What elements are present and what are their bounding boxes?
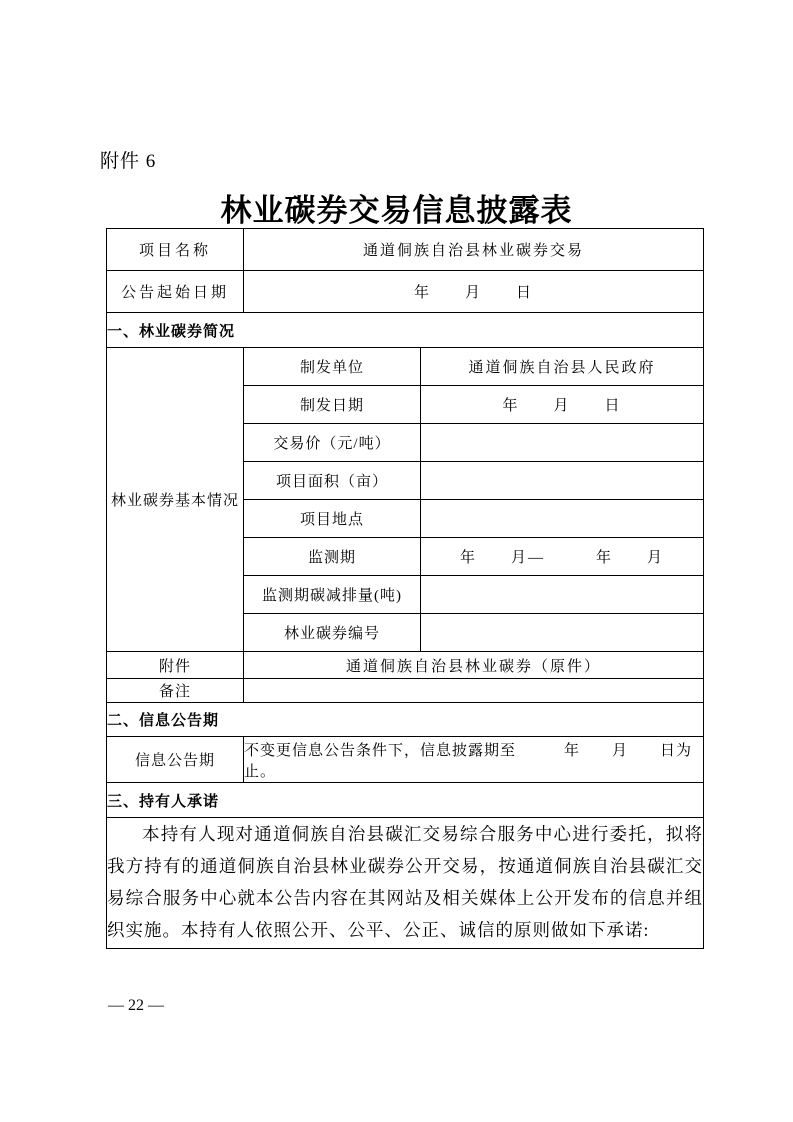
- page-title: 林业碳券交易信息披露表: [0, 185, 793, 230]
- section-3-header: 三、持有人承诺: [107, 783, 704, 818]
- project-name-label: 项目名称: [107, 229, 244, 271]
- emission-reduction-label: 监测期碳减排量(吨): [244, 576, 421, 614]
- attachment-label: 附件 6: [100, 146, 156, 173]
- row-commitment: 本持有人现对通道侗族自治县碳汇交易综合服务中心进行委托，拟将我方持有的通道侗族自…: [107, 818, 704, 949]
- info-announce-period-label: 信息公告期: [107, 737, 244, 783]
- issuing-unit-value: 通道侗族自治县人民政府: [421, 348, 704, 386]
- info-announce-period-value: 不变更信息公告条件下，信息披露期至 年 月 日为止。: [244, 737, 704, 783]
- project-location-label: 项目地点: [244, 500, 421, 538]
- project-name-value: 通道侗族自治县林业碳券交易: [244, 229, 704, 271]
- announce-start-date-value: 年 月 日: [244, 271, 704, 313]
- section-2-row: 二、信息公告期: [107, 703, 704, 737]
- section-1-row: 一、林业碳券简况: [107, 313, 704, 348]
- disclosure-table: 项目名称 通道侗族自治县林业碳券交易 公告起始日期 年 月 日 一、林业碳券简况…: [106, 228, 704, 949]
- document-page: 附件 6 林业碳券交易信息披露表 项目名称 通道侗族自治县林业碳券交易 公告起始…: [0, 0, 793, 1122]
- remarks-label: 备注: [107, 679, 244, 703]
- remarks-value: [244, 679, 704, 703]
- announce-start-date-label: 公告起始日期: [107, 271, 244, 313]
- issue-date-value: 年 月 日: [421, 386, 704, 424]
- section-1-header: 一、林业碳券简况: [107, 313, 704, 348]
- voucher-number-label: 林业碳券编号: [244, 614, 421, 652]
- basic-info-group-label: 林业碳券基本情况: [107, 348, 244, 652]
- attachment-row-value: 通道侗族自治县林业碳券（原件）: [244, 652, 704, 679]
- commitment-paragraph: 本持有人现对通道侗族自治县碳汇交易综合服务中心进行委托，拟将我方持有的通道侗族自…: [107, 818, 703, 946]
- commitment-cell: 本持有人现对通道侗族自治县碳汇交易综合服务中心进行委托，拟将我方持有的通道侗族自…: [107, 818, 704, 949]
- attachment-row-label: 附件: [107, 652, 244, 679]
- monitoring-period-label: 监测期: [244, 538, 421, 576]
- row-announce-start-date: 公告起始日期 年 月 日: [107, 271, 704, 313]
- section-3-row: 三、持有人承诺: [107, 783, 704, 818]
- issue-date-label: 制发日期: [244, 386, 421, 424]
- monitoring-period-value: 年 月— 年 月: [421, 538, 704, 576]
- row-issuing-unit: 林业碳券基本情况 制发单位 通道侗族自治县人民政府: [107, 348, 704, 386]
- row-project-name: 项目名称 通道侗族自治县林业碳券交易: [107, 229, 704, 271]
- issuing-unit-label: 制发单位: [244, 348, 421, 386]
- trade-price-value: [421, 424, 704, 462]
- trade-price-label: 交易价（元/吨）: [244, 424, 421, 462]
- row-info-announce-period: 信息公告期 不变更信息公告条件下，信息披露期至 年 月 日为止。: [107, 737, 704, 783]
- project-area-label: 项目面积（亩）: [244, 462, 421, 500]
- page-number: — 22 —: [108, 997, 164, 1015]
- row-attachment: 附件 通道侗族自治县林业碳券（原件）: [107, 652, 704, 679]
- voucher-number-value: [421, 614, 704, 652]
- emission-reduction-value: [421, 576, 704, 614]
- section-2-header: 二、信息公告期: [107, 703, 704, 737]
- row-remarks: 备注: [107, 679, 704, 703]
- project-location-value: [421, 500, 704, 538]
- project-area-value: [421, 462, 704, 500]
